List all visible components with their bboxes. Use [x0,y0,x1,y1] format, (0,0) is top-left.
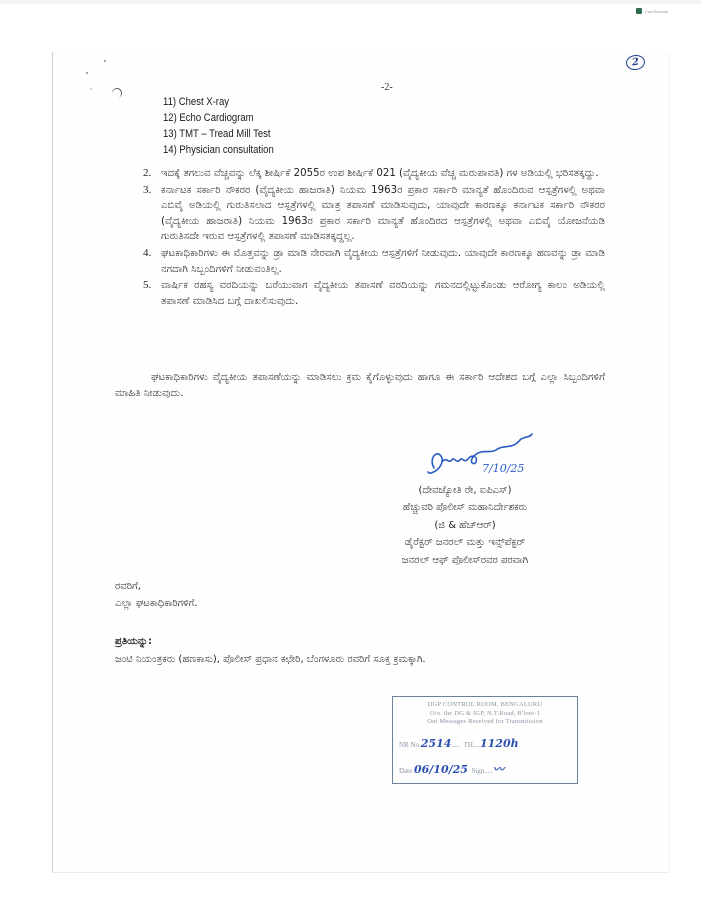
handwritten-signature: 7/10/25 [420,428,540,486]
point-item: 5. ವಾರ್ಷಿಕ ರಹಸ್ಯ ವರದಿಯನ್ನು ಬರೆಯುವಾಗ ವೈದ್… [143,278,605,309]
signatory-designation: ಹೆಚ್ಚುವರಿ ಪೊಲೀಸ್ ಮಹಾನಿರ್ದೇಶಕರು [350,499,580,516]
stamp-line: O/o. the DG & IGP, N.T.Road, B'lore-1 [393,710,577,719]
nr-value: 2514 [421,737,452,750]
signatory-name: (ದೇವಜ್ಯೋತಿ ರೇ, ಐಪಿಎಸ್) [350,482,580,499]
toh-value: 1120h [480,737,519,750]
signature-date: 7/10/25 [482,462,524,475]
recipients: ರವರಿಗೆ, ಎಲ್ಲಾ ಘಟಕಾಧಿಕಾರಿಗಳಿಗೆ. [115,578,198,612]
to-recipient: ಎಲ್ಲಾ ಘಟಕಾಧಿಕಾರಿಗಳಿಗೆ. [115,595,198,612]
point-text: ವಾರ್ಷಿಕ ರಹಸ್ಯ ವರದಿಯನ್ನು ಬರೆಯುವಾಗ ವೈದ್ಯಕೀ… [161,278,605,309]
test-item: 13) TMT – Tread Mill Test [163,126,274,142]
closing-paragraph: ಘಟಕಾಧಿಕಾರಿಗಳು ವೈದ್ಯಕೀಯ ತಪಾಸಣೆಯನ್ನು ಮಾಡಿಸ… [115,370,605,402]
point-number: 5. [143,278,161,309]
copy-heading: ಪ್ರತಿಯನ್ನು: [115,633,426,651]
signatory-designation: (ಜಿ & ಹೆಚ್‌ಆರ್) [350,517,580,534]
point-item: 4. ಘಟಕಾಧಿಕಾರಿಗಳು ಈ ಮೊತ್ತವನ್ನು ಡ್ರಾ ಮಾಡಿ … [143,246,605,277]
stamp-sign: 〰 [493,763,504,776]
to-label: ರವರಿಗೆ, [115,578,198,595]
test-item: 12) Echo Cardiogram [163,110,274,126]
signatory-designation: ಜನರಲ್ ಆಫ್ ಪೊಲೀಸ್‌ರವರ ಪರವಾಗಿ [350,552,580,569]
scan-speck [104,60,106,62]
scan-speck [90,88,92,90]
watermark-label: CamScanner [645,9,668,14]
numbered-points: 2. ಇದಕ್ಕೆ ತಗಲುವ ವೆಚ್ಚವನ್ನು ಲೆಕ್ಕ ಶೀರ್ಷಿಕ… [143,166,605,310]
test-list: 11) Chest X-ray 12) Echo Cardiogram 13) … [163,94,286,158]
scan-speck [86,72,88,74]
camscanner-logo-icon [636,8,642,14]
signature-block: (ದೇವಜ್ಯೋತಿ ರೇ, ಐಪಿಎಸ್) ಹೆಚ್ಚುವರಿ ಪೊಲೀಸ್ … [350,482,580,569]
camscanner-watermark: CamScanner [636,8,668,14]
control-room-stamp: DGP CONTROL ROOM, BENGALURU O/o. the DG … [392,696,578,784]
point-text: ಘಟಕಾಧಿಕಾರಿಗಳು ಈ ಮೊತ್ತವನ್ನು ಡ್ರಾ ಮಾಡಿ ನೇರ… [161,246,605,277]
point-number: 2. [143,166,161,182]
toh-label: TH [464,741,473,749]
point-text: ಇದಕ್ಕೆ ತಗಲುವ ವೆಚ್ಚವನ್ನು ಲೆಕ್ಕ ಶೀರ್ಷಿಕೆ 2… [161,166,605,182]
point-number: 3. [143,183,161,245]
date-label: Date. [399,767,414,775]
signatory-designation: ಡೈರೆಕ್ಟರ್ ಜನರಲ್ ಮತ್ತು ಇನ್ಸ್‌ಪೆಕ್ಟರ್ [350,534,580,551]
test-item: 11) Chest X-ray [163,94,274,110]
copy-to: ಪ್ರತಿಯನ್ನು: ಜಂಟಿ ನಿಯಂತ್ರಕರು (ಹಣಕಾಸು), ಪೊ… [115,633,426,669]
page-marker: -2- [381,82,393,93]
point-item: 2. ಇದಕ್ಕೆ ತಗಲುವ ವೆಚ್ಚವನ್ನು ಲೆಕ್ಕ ಶೀರ್ಷಿಕ… [143,166,605,182]
date-value: 06/10/25 [414,763,468,776]
point-number: 4. [143,246,161,277]
point-text: ಕರ್ನಾಟಕ ಸರ್ಕಾರಿ ನೌಕರರ (ವೈದ್ಯಕೀಯ ಹಾಜರಾತಿ)… [161,183,605,245]
copy-recipient: ಜಂಟಿ ನಿಯಂತ್ರಕರು (ಹಣಕಾಸು), ಪೊಲೀಸ್ ಪ್ರಧಾನ … [115,651,426,669]
test-item: 14) Physician consultation [163,142,274,158]
sign-label: Sign. [471,767,486,775]
stamp-nr-row: NR No.2514..... TH....1120h [399,737,519,750]
point-item: 3. ಕರ್ನಾಟಕ ಸರ್ಕಾರಿ ನೌಕರರ (ವೈದ್ಯಕೀಯ ಹಾಜರಾ… [143,183,605,245]
stamp-line: DGP CONTROL ROOM, BENGALURU [393,701,577,710]
nr-label: NR No. [399,741,421,749]
stamp-line: Out Messages Received for Transmission [393,718,577,727]
stamp-date-row: Date.06/10/25 Sign.....〰 [399,761,504,777]
scan-top-edge [0,0,701,4]
